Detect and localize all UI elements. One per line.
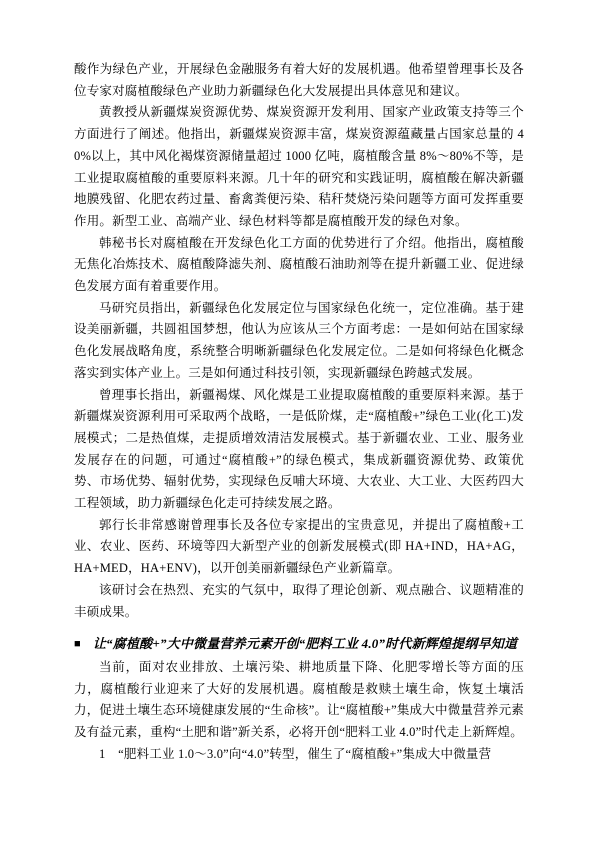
square-bullet-icon: ■	[74, 634, 81, 656]
body-paragraph: 郭行长非常感谢曾理事长及各位专家提出的宝贵意见，并提出了腐植酸+工业、农业、医药…	[74, 515, 524, 580]
body-paragraph: 马研究员指出，新疆绿色化发展定位与国家绿色化统一，定位准确。基于建设美丽新疆，共…	[74, 298, 524, 385]
body-paragraph: 黄教授从新疆煤炭资源优势、煤炭资源开发利用、国家产业政策支持等三个方面进行了阐述…	[74, 102, 524, 232]
section-heading: ■ 让“腐植酸+”大中微量营养元素开创“肥料工业 4.0”时代新辉煌提纲早知道	[74, 633, 524, 657]
section-paragraph: 当前，面对农业排放、土壤污染、耕地质量下降、化肥零增长等方面的压力，腐植酸行业迎…	[74, 657, 524, 744]
body-paragraph: 韩秘书长对腐植酸在开发绿色化工方面的优势进行了介绍。他指出，腐植酸无焦化冶炼技术…	[74, 233, 524, 298]
body-paragraph-continuation: 酸作为绿色产业，开展绿色金融服务有着大好的发展机遇。他希望曾理事长及各位专家对腐…	[74, 59, 524, 102]
body-paragraph: 该研讨会在热烈、充实的气氛中，取得了理论创新、观点融合、议题精准的丰硕成果。	[74, 580, 524, 623]
document-page: 酸作为绿色产业，开展绿色金融服务有着大好的发展机遇。他希望曾理事长及各位专家对腐…	[0, 0, 596, 843]
body-paragraph: 曾理事长指出，新疆褐煤、风化煤是工业提取腐植酸的重要原料来源。基于新疆煤炭资源利…	[74, 385, 524, 515]
section-heading-label: 让“腐植酸+”大中微量营养元素开创“肥料工业 4.0”时代新辉煌提纲早知道	[93, 633, 524, 655]
section-paragraph-numbered-item: 1 “肥料工业 1.0～3.0”向“4.0”转型，催生了“腐植酸+”集成大中微量…	[74, 744, 524, 766]
